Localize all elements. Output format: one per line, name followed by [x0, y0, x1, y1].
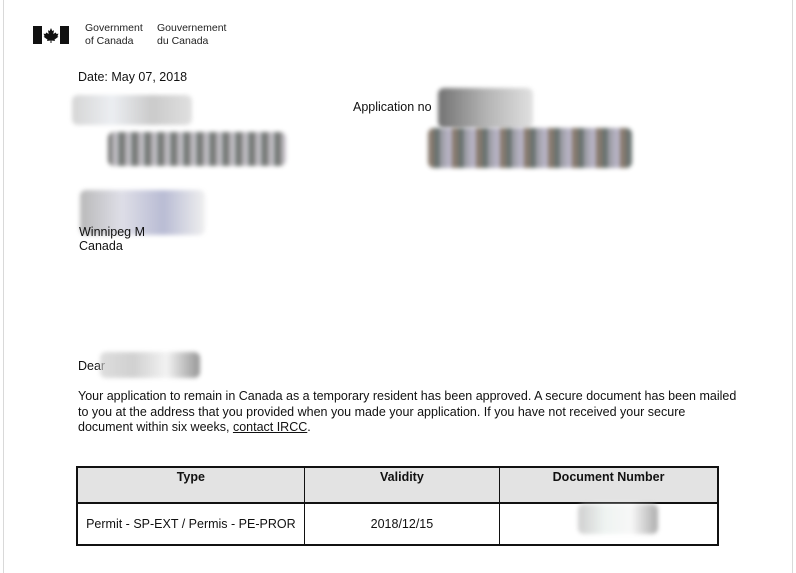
contact-ircc-link[interactable]: contact IRCC [233, 420, 307, 434]
redacted-client-id [108, 132, 286, 166]
page-edge [3, 0, 4, 573]
column-header-type: Type [77, 467, 304, 503]
approval-message: Your application to remain in Canada as … [78, 389, 738, 436]
address-city: Winnipeg M [79, 225, 145, 240]
column-header-validity: Validity [304, 467, 499, 503]
letter-date: Date: May 07, 2018 [78, 70, 187, 85]
redacted-name [72, 95, 192, 125]
redacted-recipient-name [100, 352, 200, 378]
table-header-row: Type Validity Document Number [77, 467, 718, 503]
address-country: Canada [79, 239, 123, 254]
cell-validity: 2018/12/15 [304, 503, 499, 545]
government-of-canada-wordmark-en: Government of Canada [85, 22, 143, 48]
application-number-label: Application no [353, 100, 432, 115]
canada-flag-icon [33, 26, 69, 44]
redacted-barcode [428, 128, 632, 168]
cell-type: Permit - SP-EXT / Permis - PE-PROR [77, 503, 304, 545]
column-header-document-number: Document Number [500, 467, 718, 503]
page-edge [792, 0, 793, 573]
government-of-canada-wordmark-fr: Gouvernement du Canada [157, 22, 226, 48]
redacted-application-number [438, 88, 533, 128]
redacted-document-number [578, 504, 658, 534]
